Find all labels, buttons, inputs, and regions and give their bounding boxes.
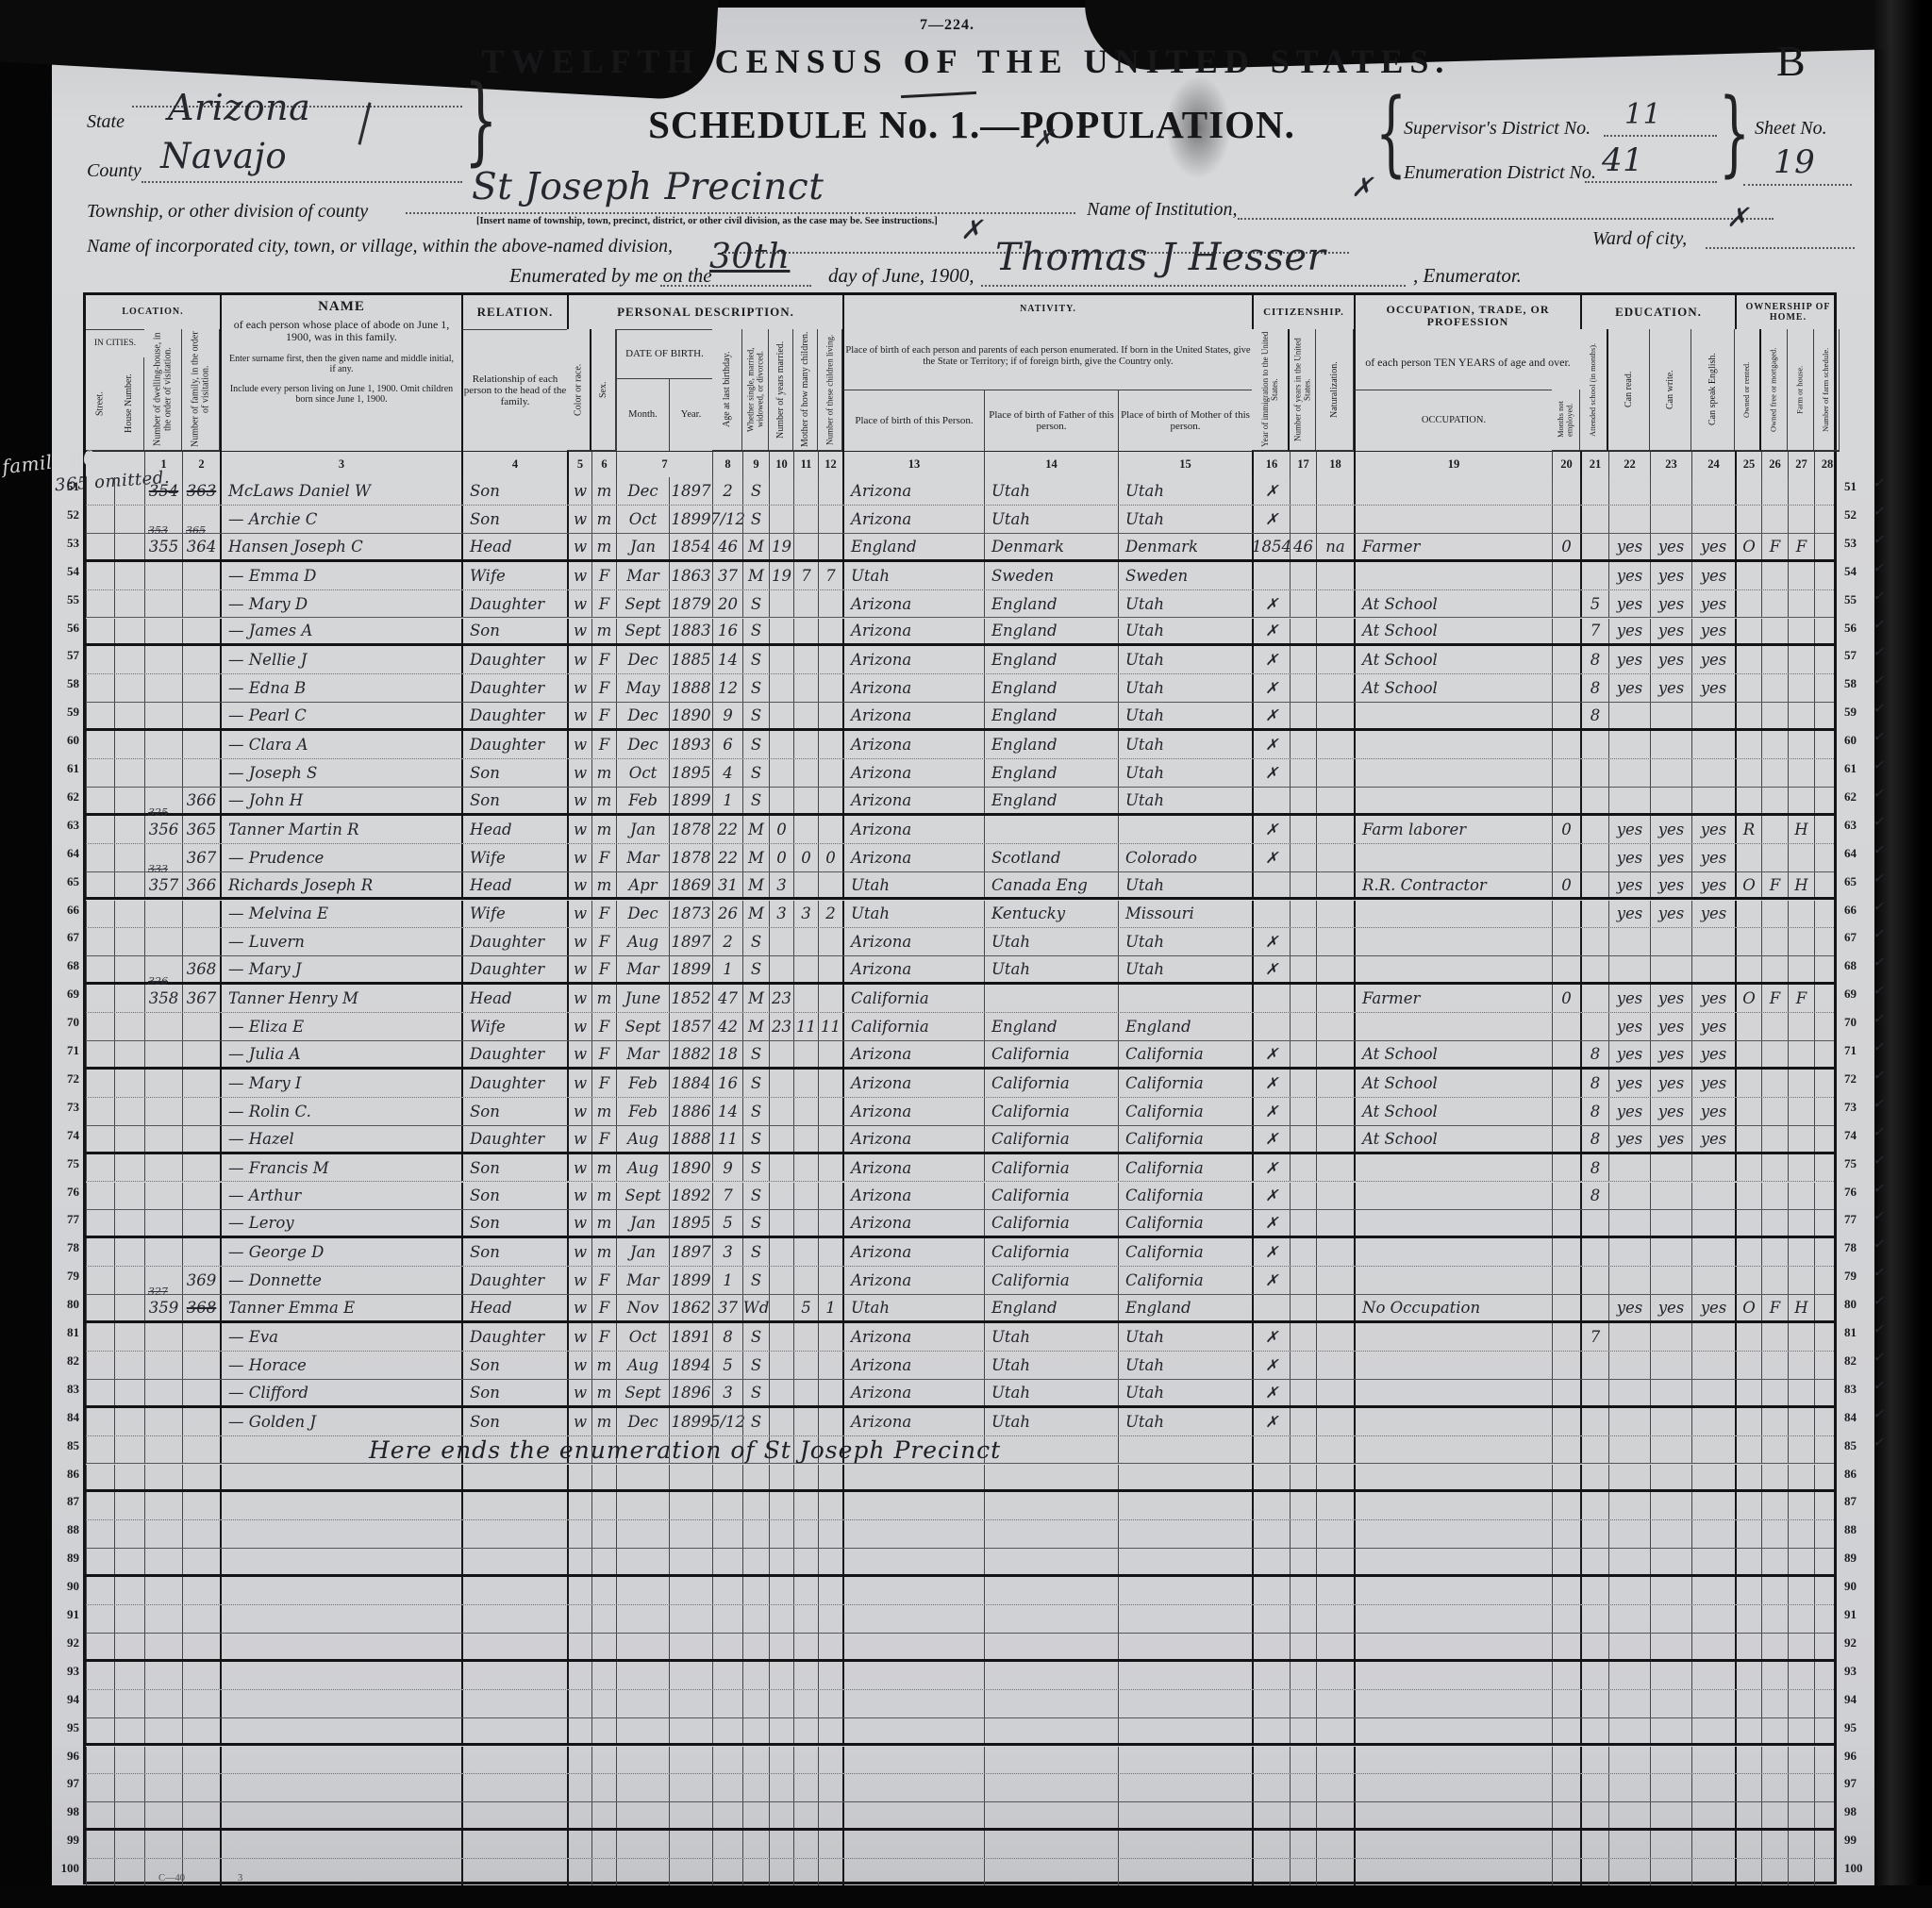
cell-free	[1761, 816, 1788, 843]
cell-free	[1761, 928, 1788, 955]
cell-value: Apr	[628, 876, 657, 894]
cell-occ	[1354, 1831, 1552, 1858]
header-immigration: Year of immigration to the United States…	[1252, 329, 1290, 451]
cell-pob: Utah	[842, 872, 984, 898]
cell-color: w	[567, 590, 591, 618]
cell-pobm: Missouri	[1118, 901, 1252, 928]
cell-value: Utah	[1125, 622, 1164, 639]
cell-relation: Son	[461, 506, 567, 533]
row-number-left: 99	[57, 1833, 79, 1848]
cell-school	[1580, 1380, 1608, 1405]
cell-yrsmar	[769, 1465, 793, 1490]
cell-dwelling	[144, 1070, 182, 1097]
cell-value: Arizona	[851, 960, 911, 978]
cell-value: Utah	[991, 1384, 1030, 1402]
cell-value: yes	[1658, 989, 1685, 1007]
cell-value: yes	[1701, 1299, 1727, 1317]
table-row: — Mary DDaughterwFSept187920SArizonaEngl…	[86, 590, 1834, 619]
cell-value: Utah	[1125, 679, 1164, 697]
cell-nat	[1316, 1802, 1354, 1828]
cell-sex: m	[591, 1098, 616, 1125]
cell-yrsmar: 3	[769, 872, 793, 898]
cell-age: 18	[712, 1041, 742, 1067]
cell-value: 0	[825, 849, 836, 867]
cell-value: — Leroy	[228, 1214, 294, 1232]
row-number-left: 100	[57, 1861, 79, 1876]
row-number-right: 71	[1844, 1043, 1857, 1058]
cell-value: m	[597, 1356, 612, 1374]
cell-free	[1761, 1267, 1788, 1294]
cell-immig: ✗	[1252, 1154, 1290, 1182]
cell-school	[1580, 1577, 1608, 1604]
cell-sched	[1814, 534, 1840, 559]
cell-value: Arizona	[851, 736, 911, 754]
cell-read	[1608, 928, 1650, 955]
cell-school	[1580, 1859, 1608, 1886]
row-number-right: 86	[1844, 1467, 1857, 1482]
column-number: 7	[616, 451, 712, 477]
row-number-left: 88	[57, 1522, 79, 1537]
cell-value: — Francis M	[228, 1159, 329, 1177]
cell-year: 1852	[669, 985, 712, 1012]
cell-value: Feb	[628, 791, 658, 809]
cell-free	[1761, 703, 1788, 728]
cell-house	[114, 1859, 144, 1886]
cell-value: F	[1770, 876, 1780, 894]
cell-value: England	[991, 595, 1058, 613]
cell-occ	[1354, 506, 1552, 533]
cell-color: w	[567, 985, 591, 1012]
page-title: TWELFTH CENSUS OF THE UNITED STATES.	[482, 41, 1451, 81]
cell-farm	[1788, 731, 1814, 758]
cell-occ	[1354, 1577, 1552, 1604]
cell-months	[1552, 1718, 1580, 1744]
cell-immig: ✗	[1252, 1408, 1290, 1435]
cell-yrsmar	[769, 506, 793, 533]
cell-months	[1552, 1126, 1580, 1152]
cell-nat	[1316, 1210, 1354, 1236]
cell-value: Arizona	[851, 651, 911, 669]
row-number-right: 96	[1844, 1749, 1857, 1764]
cell-age	[712, 1492, 742, 1519]
cell-value: Jan	[630, 821, 656, 838]
cell-value: — Mary J	[228, 960, 302, 978]
cell-nat	[1316, 1183, 1354, 1210]
cell-yrsus	[1290, 1352, 1316, 1379]
cell-value: 7/12	[710, 510, 745, 528]
cell-house	[114, 759, 144, 787]
cell-immig	[1252, 1465, 1290, 1490]
cell-occ	[1354, 1465, 1552, 1490]
cell-occ	[1354, 1408, 1552, 1435]
cell-value: Daughter	[470, 679, 544, 697]
cell-value: Head	[470, 876, 512, 894]
cell-write: yes	[1650, 872, 1691, 898]
cell-owned	[1735, 506, 1761, 533]
cell-occ	[1354, 1323, 1552, 1351]
cell-english	[1691, 731, 1735, 758]
cell-value: m	[597, 764, 612, 782]
cell-dwelling	[144, 1859, 182, 1886]
cell-sched	[1814, 1747, 1840, 1774]
cell-relation: Daughter	[461, 1323, 567, 1351]
cell-color: w	[567, 788, 591, 813]
cell-english	[1691, 1774, 1735, 1801]
cell-value: Utah	[991, 1413, 1030, 1431]
cell-relation: Daughter	[461, 1070, 567, 1097]
cell-month: June	[616, 985, 669, 1012]
cell-dwelling	[144, 759, 182, 787]
cell-value: w	[574, 595, 587, 613]
cell-sched	[1814, 1718, 1840, 1744]
cell-value: S	[751, 1074, 761, 1092]
cell-value: yes	[1658, 595, 1685, 613]
cell-family	[182, 646, 220, 673]
cell-english	[1691, 1859, 1735, 1886]
cell-yrsmar	[769, 1520, 793, 1548]
cell-write	[1650, 1210, 1691, 1236]
cell-value: ✗	[1265, 482, 1278, 500]
cell-nat	[1316, 1408, 1354, 1435]
cell-value: At School	[1362, 595, 1438, 613]
row-number-right: 84	[1844, 1410, 1857, 1425]
cell-farm	[1788, 1747, 1814, 1774]
cell-marital	[742, 1802, 769, 1828]
cell-value: Arizona	[851, 622, 911, 639]
cell-yrsus	[1290, 506, 1316, 533]
cell-value: Aug	[627, 1159, 658, 1177]
cell-value: 1895	[672, 764, 711, 782]
table-row: — EvaDaughterwFOct18918SArizonaUtahUtah✗…	[86, 1323, 1834, 1352]
cell-name: — John H	[220, 788, 461, 813]
cell-read	[1608, 1183, 1650, 1210]
cell-family	[182, 1126, 220, 1152]
cell-street	[86, 731, 114, 758]
cell-month: Dec	[616, 477, 669, 505]
supervisor-line	[1604, 135, 1717, 137]
cell-value: 8	[723, 1328, 733, 1346]
cell-age: 22	[712, 844, 742, 871]
cell-house	[114, 534, 144, 559]
cell-living	[818, 477, 842, 505]
cell-house	[114, 1154, 144, 1182]
cell-value: 7	[1591, 1328, 1601, 1346]
cell-value: Daughter	[470, 1130, 544, 1148]
cell-immig	[1252, 1662, 1290, 1689]
cell-value: Arizona	[851, 679, 911, 697]
cell-occ	[1354, 731, 1552, 758]
cell-family	[182, 1549, 220, 1574]
cell-dwelling	[144, 674, 182, 702]
cell-mother	[793, 1718, 818, 1744]
cell-pobm	[1118, 1859, 1252, 1886]
cell-value: ✗	[1265, 1214, 1278, 1232]
cell-value: McLaws Daniel W	[228, 482, 371, 500]
institution-label: Name of Institution,	[1087, 199, 1237, 221]
cell-value: yes	[1701, 651, 1727, 669]
cell-yrsus	[1290, 1210, 1316, 1236]
cell-value: At School	[1362, 1074, 1438, 1092]
cell-pobf	[984, 1662, 1118, 1689]
cell-pob: Arizona	[842, 731, 984, 758]
cell-value: Arizona	[851, 933, 911, 951]
cell-value: California	[991, 1074, 1070, 1092]
cell-months	[1552, 1323, 1580, 1351]
cell-yrsmar	[769, 590, 793, 618]
cell-house	[114, 1041, 144, 1067]
cell-color	[567, 1747, 591, 1774]
cell-mother	[793, 985, 818, 1012]
cell-read	[1608, 1210, 1650, 1236]
cell-pob: Arizona	[842, 956, 984, 982]
cell-sex: m	[591, 506, 616, 533]
cell-house	[114, 1098, 144, 1125]
cell-color: w	[567, 1098, 591, 1125]
cell-color: w	[567, 1267, 591, 1294]
cell-value: yes	[1617, 1103, 1643, 1120]
cell-value: 357	[149, 876, 179, 894]
cell-nat	[1316, 1380, 1354, 1405]
cell-nat	[1316, 1859, 1354, 1886]
cell-yrsmar: 19	[769, 534, 793, 559]
cell-value: 8	[1591, 1186, 1601, 1204]
cell-value: F	[599, 849, 609, 867]
cell-nat	[1316, 1549, 1354, 1574]
cell-house	[114, 1323, 144, 1351]
cell-value: Daughter	[470, 1271, 544, 1289]
cell-value: w	[574, 482, 587, 500]
cell-immig: ✗	[1252, 956, 1290, 982]
cell-owned	[1735, 590, 1761, 618]
cell-value: 7	[723, 1186, 733, 1204]
cell-write: yes	[1650, 562, 1691, 589]
cell-owned	[1735, 646, 1761, 673]
cell-write	[1650, 1831, 1691, 1858]
table-row: — ArthurSonwmSept18927SArizonaCalifornia…	[86, 1183, 1834, 1211]
cell-marital: S	[742, 956, 769, 982]
cell-value: F	[1770, 1299, 1780, 1317]
cell-value: yes	[1701, 1018, 1727, 1036]
table-row: — Rolin C.SonwmFeb188614SArizonaCaliforn…	[86, 1098, 1834, 1126]
cell-read: yes	[1608, 646, 1650, 673]
cell-month: Dec	[616, 731, 669, 758]
cell-house	[114, 1380, 144, 1405]
cell-pobf: California	[984, 1154, 1118, 1182]
cell-sched	[1814, 1295, 1840, 1320]
cell-street	[86, 1605, 114, 1633]
cell-value: At School	[1362, 1045, 1438, 1063]
cell-color: w	[567, 1352, 591, 1379]
cell-read: yes	[1608, 1295, 1650, 1320]
check-mark: ✓	[1873, 981, 1887, 1001]
cell-pobm	[1118, 1690, 1252, 1717]
cell-sched	[1814, 590, 1840, 618]
cell-marital	[742, 1465, 769, 1490]
cell-age: 1	[712, 956, 742, 982]
cell-family	[182, 619, 220, 644]
cell-value: Dec	[627, 706, 658, 724]
cell-relation	[461, 1492, 567, 1519]
cell-month	[616, 1690, 669, 1717]
cell-house	[114, 1634, 144, 1659]
cell-year: 1886	[669, 1098, 712, 1125]
cell-read	[1608, 477, 1650, 505]
cell-value: Utah	[1125, 1356, 1164, 1374]
cell-mother	[793, 674, 818, 702]
cell-value: Arizona	[851, 482, 911, 500]
cell-value: Son	[470, 1186, 500, 1204]
row-number-left: 89	[57, 1551, 79, 1566]
cell-value: yes	[1701, 567, 1727, 585]
cell-color: w	[567, 1013, 591, 1040]
cell-street	[86, 816, 114, 843]
cell-school: 8	[1580, 703, 1608, 728]
cell-immig: ✗	[1252, 477, 1290, 505]
cell-yrsmar	[769, 1577, 793, 1604]
cell-living	[818, 506, 842, 533]
cell-family	[182, 1492, 220, 1519]
cell-school	[1580, 1774, 1608, 1801]
cell-sex	[591, 1465, 616, 1490]
cell-marital	[742, 1549, 769, 1574]
check-mark: ✓	[1873, 1122, 1887, 1142]
cell-sched	[1814, 1352, 1840, 1379]
cell-months	[1552, 1859, 1580, 1886]
row-number-right: 62	[1844, 789, 1857, 805]
cell-value: 1	[825, 1299, 836, 1317]
cell-owned	[1735, 1859, 1761, 1886]
header-family: Number of family, in the order of visita…	[182, 329, 220, 451]
cell-months	[1552, 1577, 1580, 1604]
header-name-desc: of each person whose place of abode on J…	[229, 319, 454, 344]
cell-month: Jan	[616, 1238, 669, 1266]
cell-nat	[1316, 928, 1354, 955]
cell-immig	[1252, 1859, 1290, 1886]
cell-yrsmar	[769, 477, 793, 505]
cell-relation	[461, 1859, 567, 1886]
cell-value: S	[751, 933, 761, 951]
cell-write: yes	[1650, 1070, 1691, 1097]
cell-occ	[1354, 1718, 1552, 1744]
cell-value: California	[851, 1018, 929, 1036]
cell-value: 367	[187, 849, 217, 867]
cell-value: 1890	[672, 706, 711, 724]
cell-age: 8	[712, 1323, 742, 1351]
cell-read: yes	[1608, 901, 1650, 928]
cell-value: 1899	[672, 1271, 711, 1289]
cell-house	[114, 619, 144, 644]
cell-owned	[1735, 1802, 1761, 1828]
row-number-right: 72	[1844, 1071, 1857, 1087]
cell-farm	[1788, 1492, 1814, 1519]
cell-dwelling	[144, 731, 182, 758]
header-nativity: NATIVITY.	[842, 295, 1252, 324]
cell-value: ✗	[1265, 821, 1278, 838]
cell-value: 0	[776, 849, 787, 867]
cell-value: — Nellie J	[228, 651, 307, 669]
cell-sched	[1814, 844, 1840, 871]
cell-color	[567, 1718, 591, 1744]
cell-age	[712, 1605, 742, 1633]
cell-year	[669, 1634, 712, 1659]
cell-name: — James A	[220, 619, 461, 644]
cell-value: — Edna B	[228, 679, 306, 697]
column-number: 9	[742, 451, 769, 477]
cell-value: yes	[1658, 849, 1685, 867]
cell-value: England	[991, 622, 1058, 639]
cell-living	[818, 646, 842, 673]
cell-family	[182, 1859, 220, 1886]
cell-house	[114, 1436, 144, 1464]
cell-school	[1580, 788, 1608, 813]
cell-value: California	[991, 1243, 1070, 1261]
cell-value: 1	[723, 1271, 733, 1289]
cell-age	[712, 1690, 742, 1717]
cell-value: California	[991, 1130, 1070, 1148]
cell-value: w	[574, 1214, 587, 1232]
cell-value: m	[597, 510, 612, 528]
cell-sex: m	[591, 1154, 616, 1182]
cell-value: Arizona	[851, 791, 911, 809]
cell-pobf: England	[984, 646, 1118, 673]
cell-value: yes	[1617, 622, 1643, 639]
cell-value: Utah	[1125, 764, 1164, 782]
cell-value: ✗	[1265, 679, 1278, 697]
county-label: County	[87, 160, 142, 182]
cell-pobf	[984, 1634, 1118, 1659]
cell-living	[818, 1549, 842, 1574]
cell-value: England	[991, 736, 1058, 754]
cell-value: Son	[470, 1413, 500, 1431]
cell-name	[220, 1549, 461, 1574]
cell-owned	[1735, 674, 1761, 702]
cell-sched	[1814, 1802, 1840, 1828]
cell-name	[220, 1831, 461, 1858]
cell-value: Sept	[625, 1384, 660, 1402]
cell-value: ✗	[1265, 764, 1278, 782]
cell-yrsus	[1290, 1492, 1316, 1519]
cell-year	[669, 1774, 712, 1801]
cell-yrsus	[1290, 1549, 1316, 1574]
cell-year	[669, 1520, 712, 1548]
cell-mother	[793, 1859, 818, 1886]
cell-english	[1691, 1662, 1735, 1689]
cell-months	[1552, 1492, 1580, 1519]
cell-months: 0	[1552, 872, 1580, 898]
cell-family	[182, 674, 220, 702]
cell-value: 358	[149, 989, 179, 1007]
cell-owned	[1735, 1183, 1761, 1210]
cell-value: yes	[1617, 538, 1643, 556]
cell-value: S	[751, 595, 761, 613]
supervisor-district-label: Supervisor's District No.	[1404, 118, 1591, 140]
cell-value: England	[991, 1299, 1058, 1317]
cell-value: — John H	[228, 791, 303, 809]
cell-owned	[1735, 1774, 1761, 1801]
cell-marital: M	[742, 844, 769, 871]
cell-value: Daughter	[470, 960, 544, 978]
check-mark: ✓	[1873, 587, 1887, 606]
cell-value: Utah	[991, 960, 1030, 978]
cell-nat	[1316, 1465, 1354, 1490]
cell-value: — Julia A	[228, 1045, 301, 1063]
cell-yrsus	[1290, 1154, 1316, 1182]
cell-write	[1650, 1549, 1691, 1574]
row-number-right: 95	[1844, 1720, 1857, 1735]
cell-pobm: Colorado	[1118, 844, 1252, 871]
cell-yrsus	[1290, 1859, 1316, 1886]
cell-marital: M	[742, 1013, 769, 1040]
